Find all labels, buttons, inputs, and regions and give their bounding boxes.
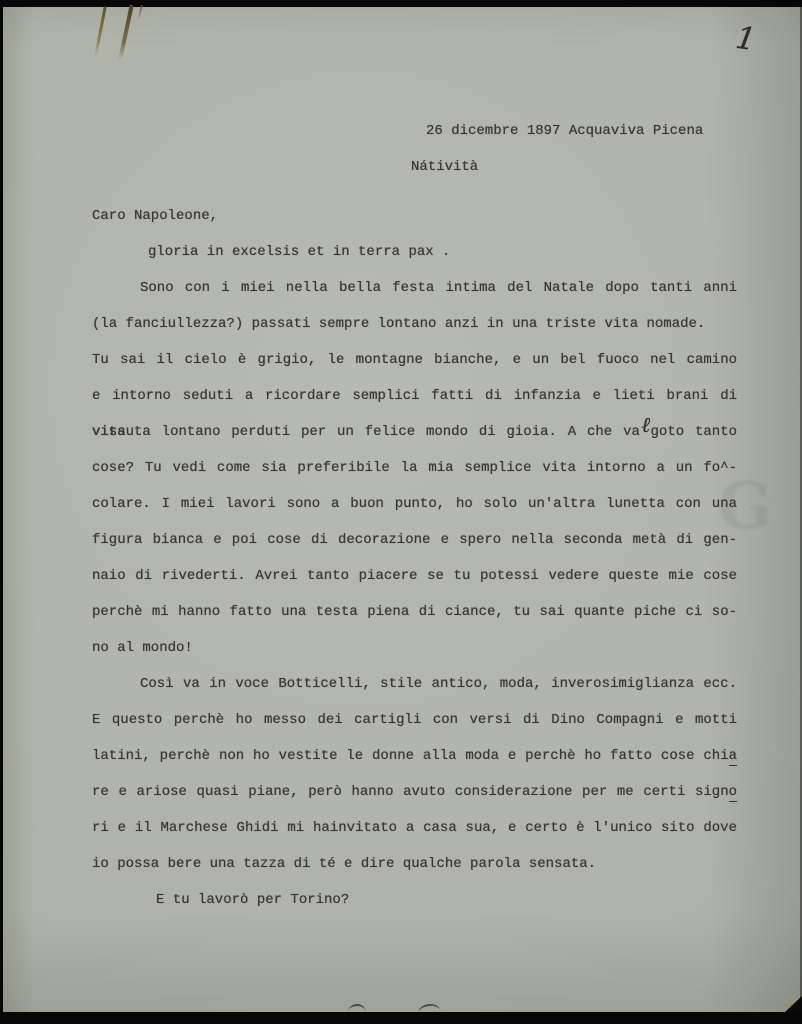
letter-line: (la fanciullezza?) passati sempre lontan… — [92, 306, 737, 342]
letter-line: colare. I miei lavori sono a buon punto,… — [92, 486, 737, 522]
letter-line: e intorno seduti a ricordare semplici fa… — [92, 378, 737, 414]
handwritten-l-insertion: ℓ — [639, 413, 653, 437]
letter-dateline: 26 dicembre 1897 Acquaviva Picena — [92, 113, 737, 149]
letter-line: perchè mi hanno fatto una testa piena di… — [92, 594, 737, 630]
scanned-letter-page: 1 G 26 dicembre 1897 Acquaviva Picena Ná… — [3, 7, 802, 1012]
ink-stain-mark — [94, 6, 106, 56]
letter-line: vissuta lontano perduti per un felice mo… — [92, 414, 737, 450]
letter-line: re e ariose quasi piane, però hanno avut… — [92, 774, 737, 810]
letter-salutation: Caro Napoleone, — [92, 198, 737, 234]
handwritten-page-number: 1 — [734, 20, 759, 59]
ink-stain-mark — [118, 4, 134, 60]
letter-body: 26 dicembre 1897 Acquaviva Picena Nátivi… — [92, 113, 737, 918]
underlined-letter: o — [729, 784, 737, 802]
letter-line: Così va in voce Botticelli, stile antico… — [92, 666, 737, 702]
underlined-letter: a — [729, 748, 737, 766]
letter-line: Tu sai il cielo è grigio, le montagne bi… — [92, 342, 737, 378]
letter-line-text: re e ariose quasi piane, però hanno avut… — [92, 784, 729, 800]
letter-line: figura bianca e poi cose di decorazione … — [92, 522, 737, 558]
letter-line: cose? Tu vedi come sia preferibile la mi… — [92, 450, 737, 486]
letter-line: latini, perchè non ho vestite le donne a… — [92, 738, 737, 774]
letter-line-text: vissuta lontano perduti per un felice mo… — [92, 424, 640, 440]
letter-line: naio di rivederti. Avrei tanto piacere s… — [92, 558, 737, 594]
letter-line-text: goto tanto — [651, 424, 737, 440]
tear-mark — [418, 1003, 441, 1013]
tear-mark — [348, 1004, 366, 1012]
letter-line: no al mondo! — [92, 630, 737, 666]
letter-line: E questo perchè ho messo dei cartigli co… — [92, 702, 737, 738]
letter-line-text: latini, perchè non ho vestite le donne a… — [92, 748, 729, 764]
ink-stain-mark — [137, 5, 143, 21]
letter-line: Sono con i miei nella bella festa intima… — [92, 270, 737, 306]
letter-title: Nátività — [92, 149, 737, 185]
letter-line: io possa bere una tazza di té e dire qua… — [92, 846, 737, 882]
letter-line: ri e il Marchese Ghidi mi hainvitato a c… — [92, 810, 737, 846]
letter-line: gloria in excelsis et in terra pax . — [92, 234, 737, 270]
letter-closing-question: E tu lavorò per Torino? — [92, 882, 737, 918]
